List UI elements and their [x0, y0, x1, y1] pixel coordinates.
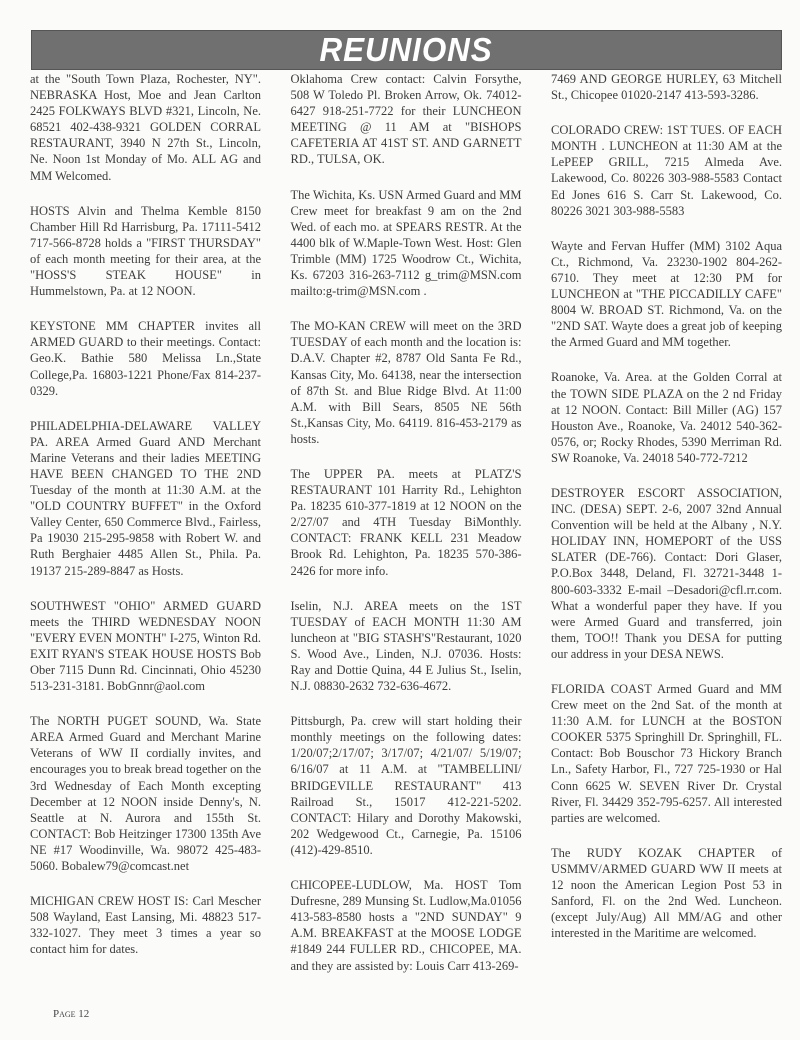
reunion-listing: The Wichita, Ks. USN Armed Guard and MM … — [291, 187, 522, 300]
reunion-listing: 7469 AND GEORGE HURLEY, 63 Mitchell St.,… — [551, 71, 782, 103]
reunion-listing: The UPPER PA. meets at PLATZ'S RESTAURAN… — [291, 466, 522, 579]
column-2: Oklahoma Crew contact: Calvin Forsythe, … — [291, 71, 522, 993]
column-1: at the "South Town Plaza, Rochester, NY"… — [30, 71, 261, 993]
reunion-listing: Wayte and Fervan Huffer (MM) 3102 Aqua C… — [551, 238, 782, 351]
page-number: Page 12 — [53, 1008, 89, 1020]
reunion-listing: CHICOPEE-LUDLOW, Ma. HOST Tom Dufresne, … — [291, 877, 522, 974]
reunion-listing: HOSTS Alvin and Thelma Kemble 8150 Chamb… — [30, 203, 261, 300]
reunion-listing: MICHIGAN CREW HOST IS: Carl Mescher 508 … — [30, 893, 261, 957]
reunion-listing: at the "South Town Plaza, Rochester, NY"… — [30, 71, 261, 184]
reunion-listing: Roanoke, Va. Area. at the Golden Corral … — [551, 369, 782, 466]
reunion-listing: COLORADO CREW: 1ST TUES. OF EACH MONTH .… — [551, 122, 782, 219]
reunion-listing: KEYSTONE MM CHAPTER invites all ARMED GU… — [30, 318, 261, 398]
reunion-listing: Iselin, N.J. AREA meets on the 1ST TUESD… — [291, 598, 522, 695]
reunion-listing: Oklahoma Crew contact: Calvin Forsythe, … — [291, 71, 522, 168]
reunion-listing: PHILADELPHIA-DELAWARE VALLEY PA. AREA Ar… — [30, 418, 261, 579]
page-title: REUNIONS — [320, 31, 493, 69]
article-columns: at the "South Town Plaza, Rochester, NY"… — [30, 71, 782, 993]
section-banner: REUNIONS — [31, 30, 782, 70]
reunion-listing: FLORIDA COAST Armed Guard and MM Crew me… — [551, 681, 782, 826]
column-3: 7469 AND GEORGE HURLEY, 63 Mitchell St.,… — [551, 71, 782, 993]
reunion-listing: The MO-KAN CREW will meet on the 3RD TUE… — [291, 318, 522, 447]
reunion-listing: Pittsburgh, Pa. crew will start holding … — [291, 713, 522, 858]
reunion-listing: The RUDY KOZAK CHAPTER of USMMV/ARMED GU… — [551, 845, 782, 942]
reunion-listing: SOUTHWEST "OHIO" ARMED GUARD meets the T… — [30, 598, 261, 695]
reunion-listing: DESTROYER ESCORT ASSOCIATION, INC. (DESA… — [551, 485, 782, 662]
reunion-listing: The NORTH PUGET SOUND, Wa. State AREA Ar… — [30, 713, 261, 874]
